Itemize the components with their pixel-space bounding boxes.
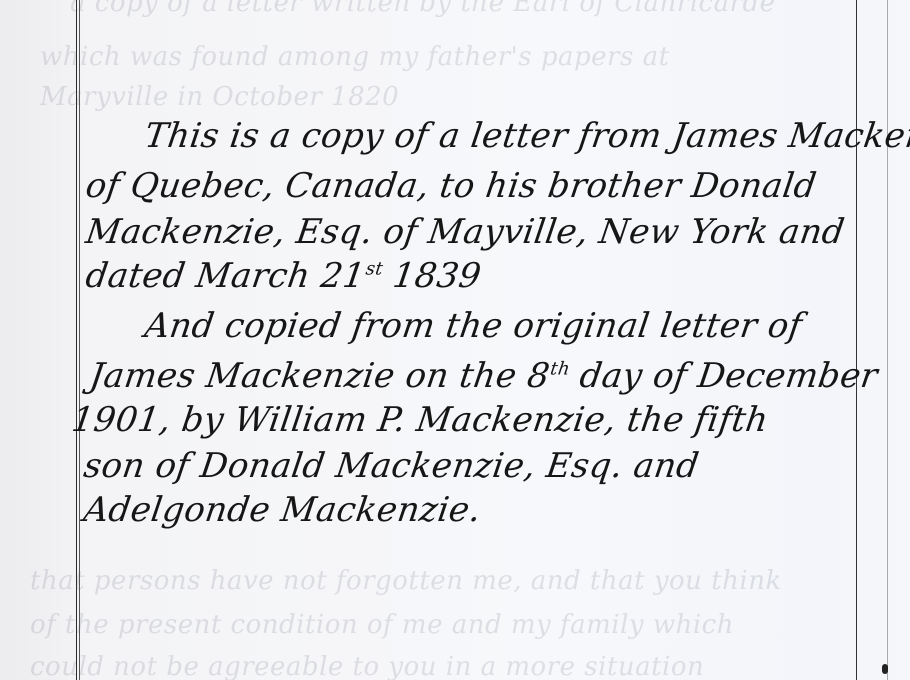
handwritten-line: dated March 21st 1839 [83, 256, 483, 296]
right-margin-rule [856, 0, 857, 680]
line-text: day of December [566, 356, 880, 396]
bleed-through-text: could not be agreeable to you in a more … [30, 652, 704, 680]
handwritten-line: Adelgonde Mackenzie. [81, 490, 483, 530]
line-text: James Mackenzie on the 8 [87, 356, 552, 396]
handwritten-line: of Quebec, Canada, to his brother Donald [83, 166, 819, 206]
page-edge-rule [887, 0, 888, 680]
handwritten-line: 1901, by William P. Mackenzie, the fifth [69, 400, 771, 440]
bleed-through-text: Maryville in October 1820 [40, 82, 399, 112]
ink-mark [882, 664, 888, 674]
bleed-through-text: that persons have not forgotten me, and … [30, 566, 782, 596]
bleed-through-text: which was found among my father's papers… [40, 42, 670, 72]
bleed-through-text: a copy of a letter written by the Earl o… [70, 0, 776, 18]
handwritten-line: son of Donald Mackenzie, Esq. and [81, 446, 701, 486]
handwritten-line: Mackenzie, Esq. of Mayville, New York an… [83, 212, 847, 252]
handwritten-line: This is a copy of a letter from James Ma… [142, 116, 910, 156]
handwritten-line: And copied from the original letter of [142, 306, 804, 346]
bleed-through-text: of the present condition of me and my fa… [30, 610, 734, 640]
handwritten-line: James Mackenzie on the 8th day of Decemb… [87, 356, 880, 396]
line-text: 1839 [379, 256, 483, 296]
line-text: dated March 21 [83, 256, 368, 296]
document-page: a copy of a letter written by the Earl o… [0, 0, 910, 680]
